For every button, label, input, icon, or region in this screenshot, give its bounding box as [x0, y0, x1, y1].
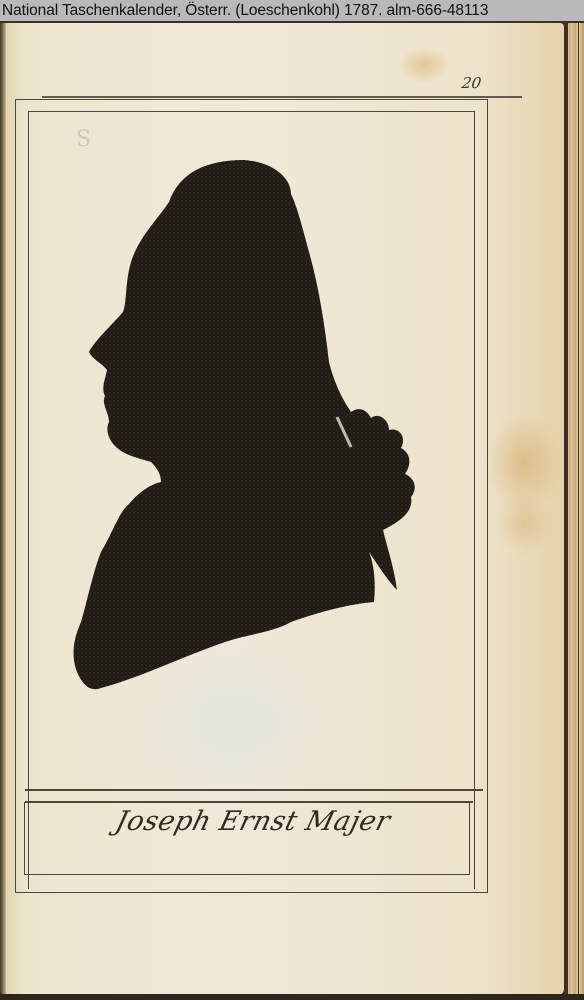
page-gutter — [0, 23, 6, 995]
book-scan: 20 S Joseph Ernst Majer — [0, 21, 584, 1000]
book-bottom-edge — [0, 994, 584, 1000]
portrait-caption: Joseph Ernst Majer — [49, 806, 457, 837]
window-title-bar: National Taschenkalender, Österr. (Loesc… — [0, 0, 584, 21]
silhouette-portrait-icon — [29, 112, 474, 788]
page-edge — [572, 23, 578, 995]
window-title: National Taschenkalender, Österr. (Loesc… — [2, 2, 488, 19]
caption-box: Joseph Ernst Majer — [24, 802, 470, 875]
page-edge — [579, 23, 584, 995]
calendar-page: 20 S Joseph Ernst Majer — [4, 23, 564, 995]
caption-divider — [25, 789, 483, 791]
portrait-plate: S — [29, 112, 474, 788]
page-number: 20 — [461, 74, 483, 92]
header-rule — [42, 96, 522, 98]
